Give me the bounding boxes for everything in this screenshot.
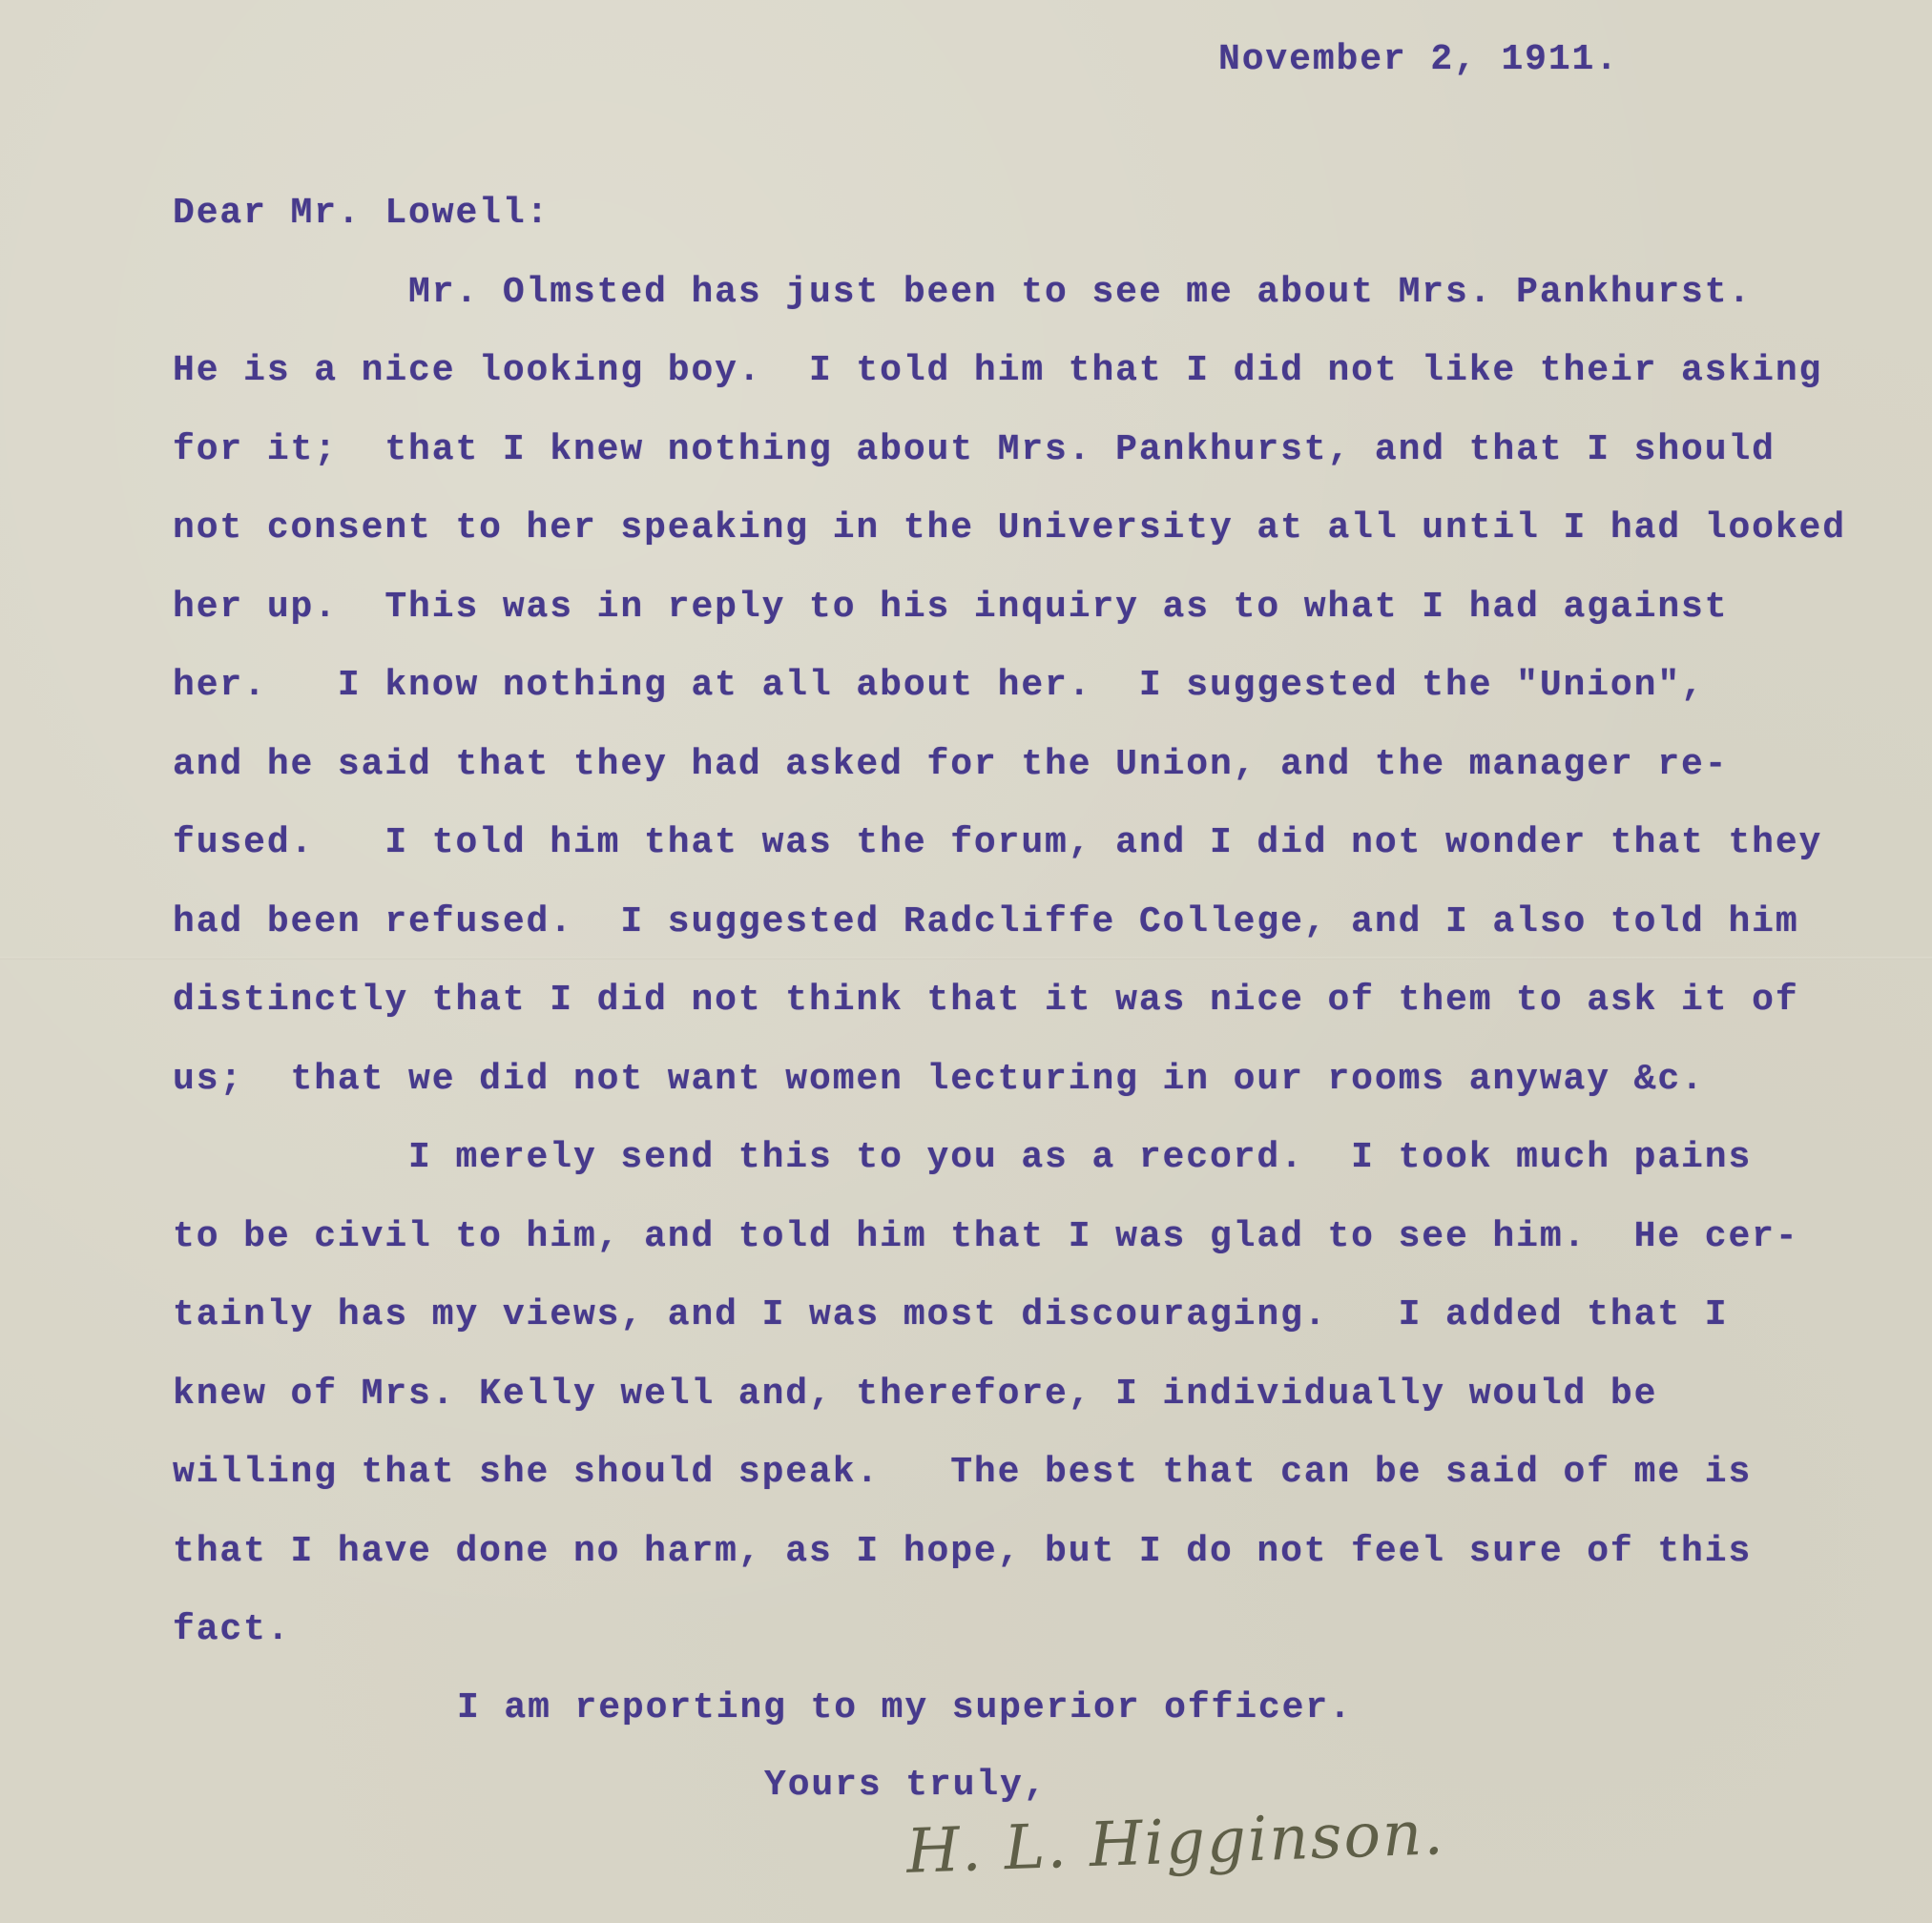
paper-fold-line (0, 957, 1932, 960)
letter-date: November 2, 1911. (1218, 42, 1619, 78)
body-line: fact. (173, 1612, 291, 1648)
body-line: her. I know nothing at all about her. I … (173, 668, 1705, 704)
body-line: distinctly that I did not think that it … (173, 982, 1799, 1019)
valediction: Yours truly, (764, 1768, 1047, 1804)
salutation: Dear Mr. Lowell: (173, 196, 550, 232)
body-line: not consent to her speaking in the Unive… (173, 510, 1846, 547)
body-line: us; that we did not want women lecturing… (173, 1062, 1705, 1098)
body-line: I merely send this to you as a record. I… (173, 1140, 1752, 1176)
body-line: to be civil to him, and told him that I … (173, 1219, 1799, 1255)
body-line: tainly has my views, and I was most disc… (173, 1297, 1728, 1334)
body-line: and he said that they had asked for the … (173, 747, 1728, 783)
body-line: He is a nice looking boy. I told him tha… (173, 353, 1822, 389)
handwritten-signature: H. L. Higginson. (905, 1798, 1446, 1888)
body-line: her up. This was in reply to his inquiry… (173, 589, 1728, 626)
body-line: fused. I told him that was the forum, an… (173, 825, 1822, 861)
closing-line: I am reporting to my superior officer. (457, 1690, 1353, 1727)
body-line: for it; that I knew nothing about Mrs. P… (173, 432, 1776, 468)
body-line: knew of Mrs. Kelly well and, therefore, … (173, 1376, 1657, 1413)
body-line: that I have done no harm, as I hope, but… (173, 1534, 1752, 1570)
body-line: willing that she should speak. The best … (173, 1455, 1752, 1491)
body-line: Mr. Olmsted has just been to see me abou… (173, 275, 1752, 311)
body-line: had been refused. I suggested Radcliffe … (173, 904, 1799, 941)
